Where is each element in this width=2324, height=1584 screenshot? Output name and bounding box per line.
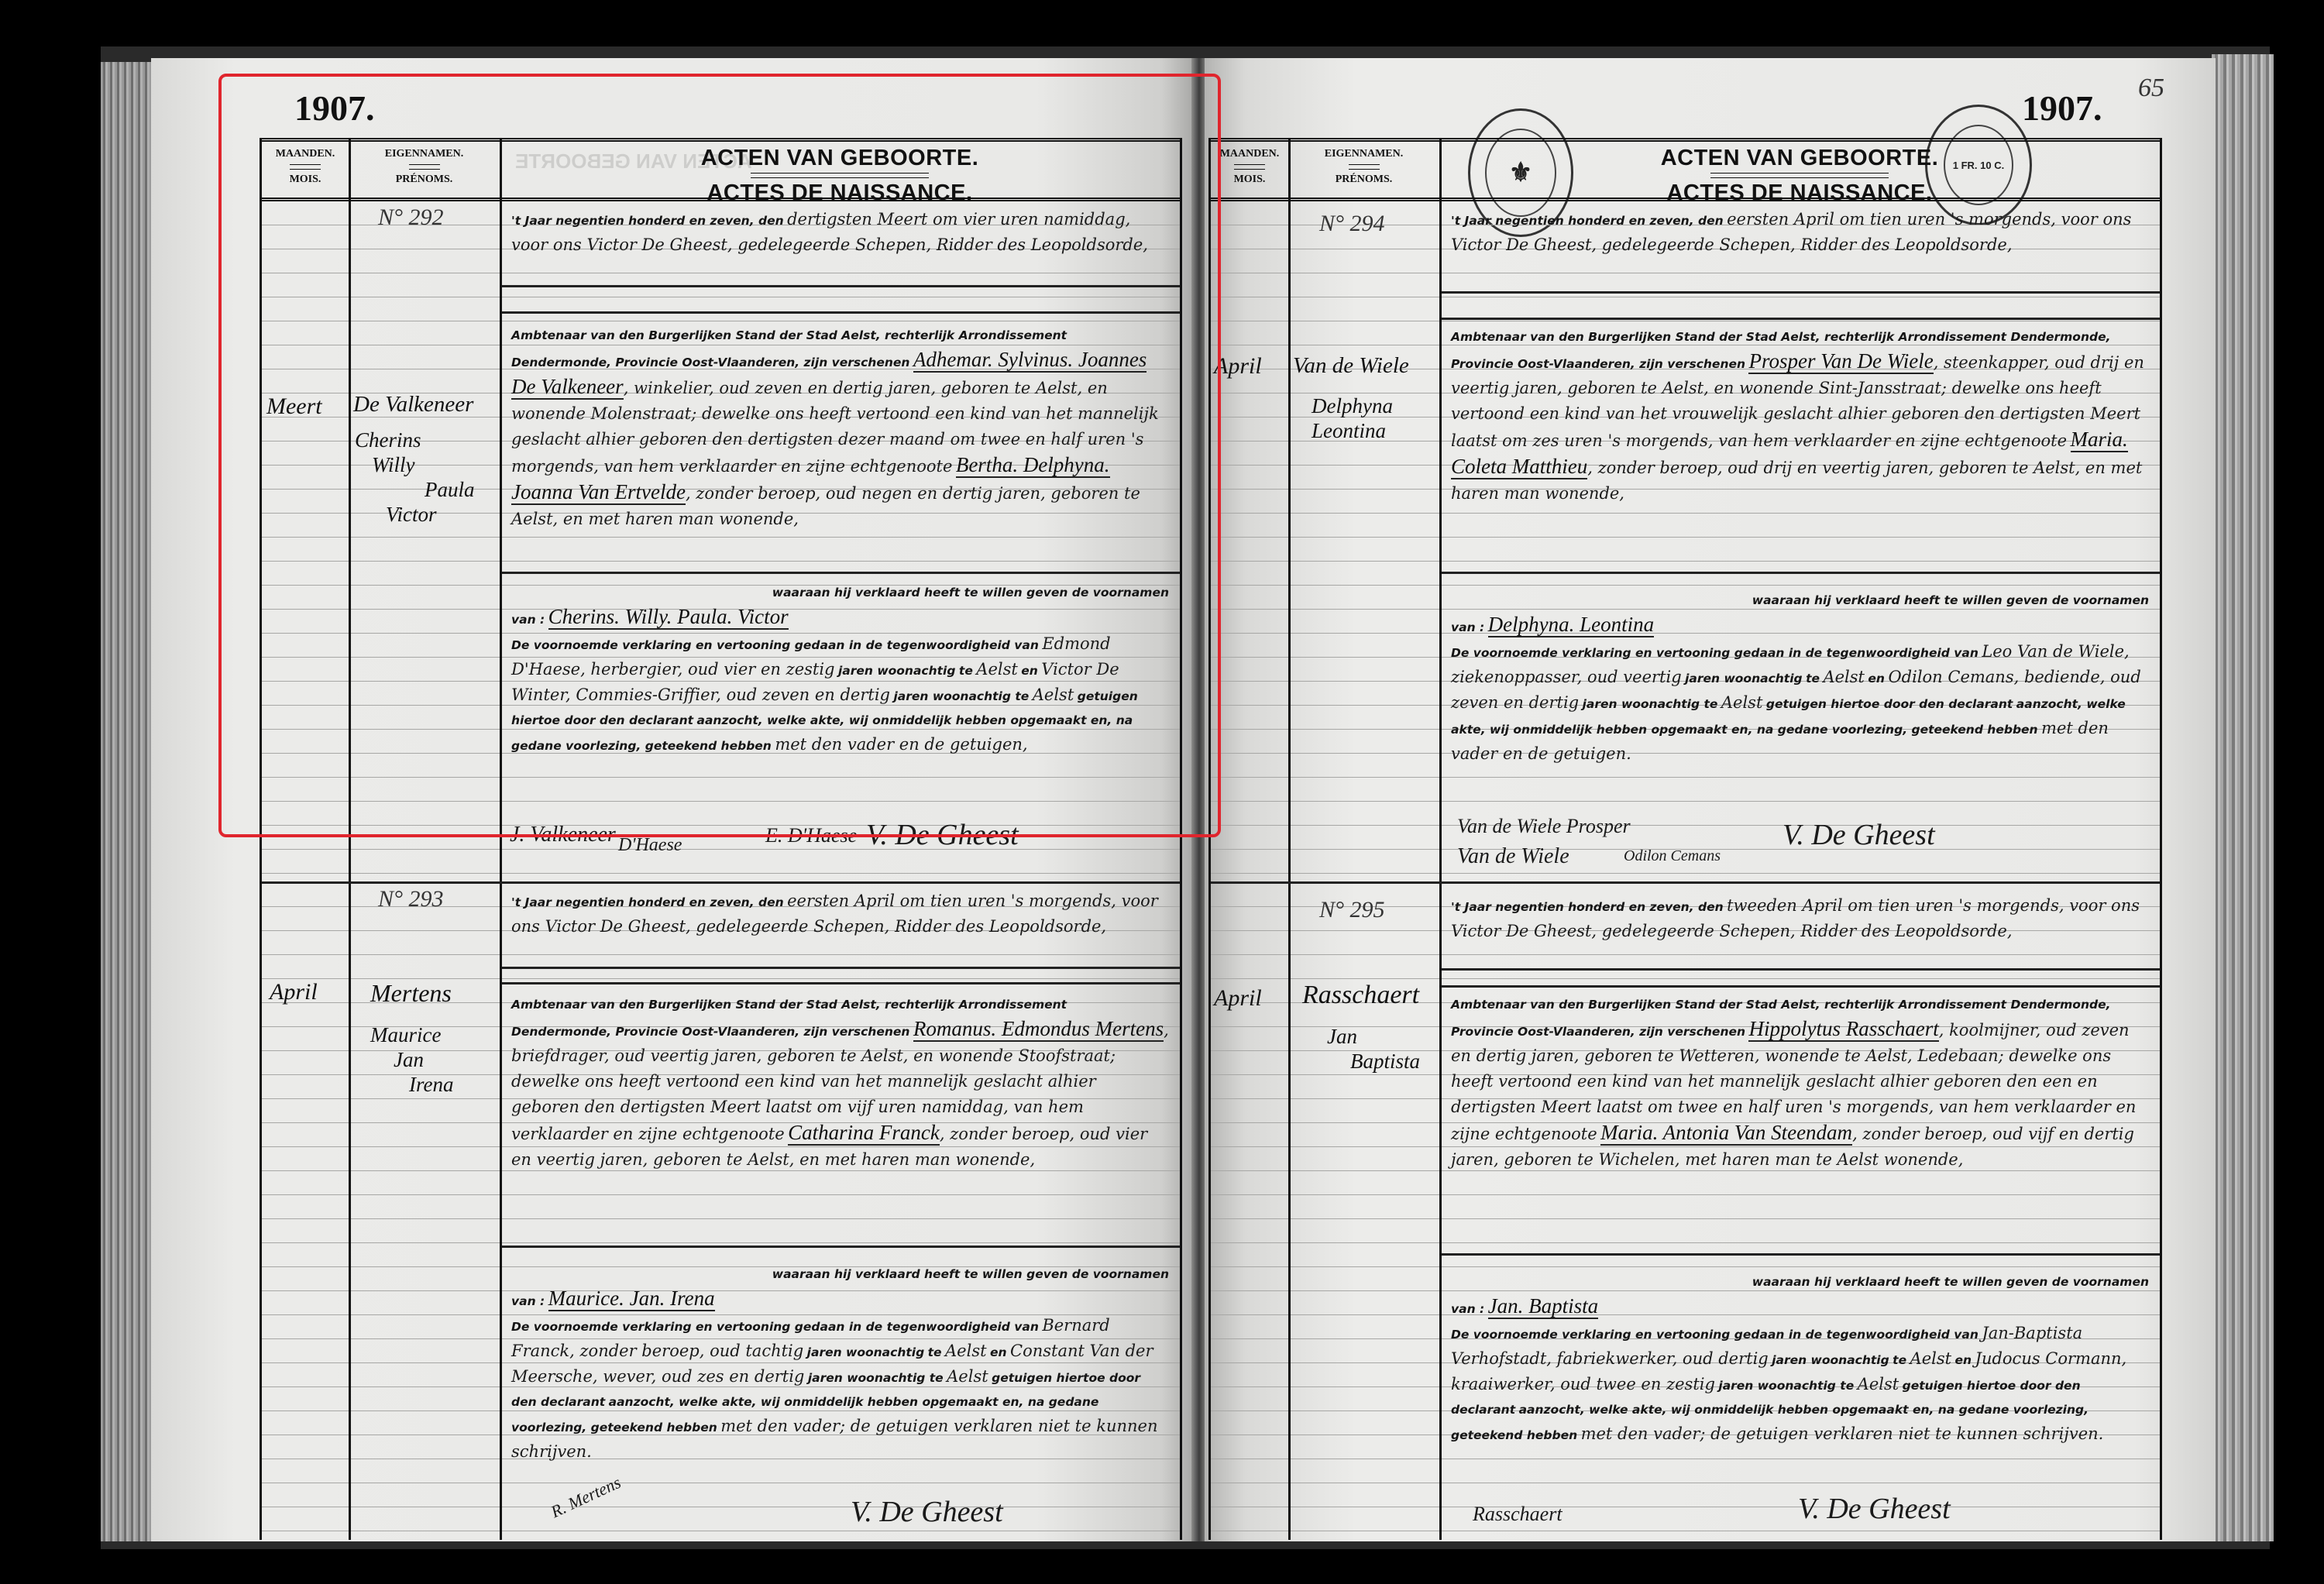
child-names: Maurice. Jan. Irena bbox=[548, 1287, 715, 1311]
printed-intro: 't Jaar negentien honderd en zeven, den bbox=[1451, 900, 1724, 914]
entry-text: 't Jaar negentien honderd en zeven, den … bbox=[1442, 883, 2160, 1541]
given-name-3: Irena bbox=[370, 1072, 453, 1097]
declarant-paragraph: Ambtenaar van den Burgerlijken Stand der… bbox=[511, 993, 1169, 1173]
signature-father: Van de Wiele Prosper bbox=[1457, 815, 1631, 838]
intro-paragraph: 't Jaar negentien honderd en zeven, den … bbox=[1451, 894, 2149, 945]
given-name-2: Baptista bbox=[1327, 1049, 1420, 1074]
year-heading: 1907. bbox=[2022, 88, 2102, 129]
birth-entry-293: N° 293 April Mertens Maurice Jan Irena '… bbox=[262, 883, 1180, 1541]
signature-official: V. De Gheest bbox=[851, 1495, 1003, 1529]
witness-1-town: Aelst bbox=[945, 1342, 987, 1360]
witness-1-town: Aelst bbox=[1910, 1349, 1952, 1368]
naming-paragraph: waaraan hij verklaard heeft te willen ge… bbox=[1451, 589, 2149, 768]
entry-month: April bbox=[1214, 985, 1262, 1012]
printed-te: te bbox=[1893, 1353, 1906, 1367]
child-names: Delphyna. Leontina bbox=[1488, 613, 1654, 637]
intro-paragraph: 't Jaar negentien honderd en zeven, den … bbox=[511, 889, 1169, 940]
given-name-2: Leontina bbox=[1312, 418, 1393, 443]
witness-2-town: Aelst bbox=[1858, 1375, 1899, 1393]
declarant-name: Hippolytus Rasschaert bbox=[1748, 1017, 1938, 1042]
page-number: 65 bbox=[2138, 74, 2164, 103]
page-stack-right bbox=[2212, 54, 2274, 1541]
printed-intro: 't Jaar negentien honderd en zeven, den bbox=[511, 895, 784, 909]
intro-paragraph: 't Jaar negentien honderd en zeven, den … bbox=[1451, 208, 2149, 259]
declarant-paragraph: Ambtenaar van den Burgerlijken Stand der… bbox=[1451, 325, 2149, 507]
signature-witness: D'Haese bbox=[618, 835, 682, 856]
printed-resident-te: jaren woonachtig te bbox=[1718, 1379, 1854, 1393]
declarant-paragraph: Ambtenaar van den Burgerlijken Stand der… bbox=[1451, 993, 2149, 1173]
given-name-1: Jan bbox=[1327, 1024, 1420, 1049]
child-names: Jan. Baptista bbox=[1488, 1294, 1599, 1319]
given-name-2: Jan bbox=[370, 1047, 453, 1072]
witness-2-town: Aelst bbox=[947, 1367, 988, 1386]
signature-father: Rasschaert bbox=[1473, 1503, 1563, 1526]
printed-declared: waaraan hij verklaard heeft te willen ge… bbox=[772, 1267, 1169, 1281]
header-months-nl: MAANDEN. bbox=[1220, 148, 1280, 160]
entry-surname: Mertens bbox=[370, 979, 452, 1008]
entry-surname: Rasschaert bbox=[1302, 981, 1419, 1010]
naming-paragraph: waaraan hij verklaard heeft te willen ge… bbox=[1451, 1270, 2149, 1448]
given-names: Delphyna Leontina bbox=[1312, 393, 1393, 443]
printed-van: van : bbox=[1451, 1302, 1484, 1316]
printed-intro: 't Jaar negentien honderd en zeven, den bbox=[1451, 214, 1724, 228]
naming-paragraph: waaraan hij verklaard heeft te willen ge… bbox=[511, 1263, 1169, 1465]
printed-declared: waaraan hij verklaard heeft te willen ge… bbox=[1752, 1275, 2149, 1289]
printed-te: te bbox=[1806, 672, 1820, 685]
signatures: Rasschaert V. De Gheest bbox=[1442, 1472, 2160, 1541]
printed-en: en bbox=[1955, 1353, 1972, 1367]
printed-resident: jaren woonachtig bbox=[807, 1345, 925, 1359]
entry-number: N° 294 bbox=[1319, 211, 1385, 237]
printed-te: te bbox=[928, 1345, 942, 1359]
header-names-fr: PRÉNOMS. bbox=[1336, 174, 1393, 185]
signature-witness-2: Odilon Cemans bbox=[1624, 847, 1721, 865]
declarant-name: Prosper Van De Wiele bbox=[1748, 349, 1933, 374]
printed-declared: waaraan hij verklaard heeft te willen ge… bbox=[1752, 593, 2149, 607]
printed-presence: De voornoemde verklaring en vertooning g… bbox=[1451, 646, 1978, 660]
header-names: EIGENNAMEN. PRÉNOMS. bbox=[1288, 148, 1439, 186]
entry-number: N° 293 bbox=[378, 886, 444, 912]
signatures: Van de Wiele Prosper Van de Wiele Odilon… bbox=[1442, 813, 2160, 883]
entry-month: April bbox=[1214, 353, 1262, 380]
birth-entry-294: N° 294 April Van de Wiele Delphyna Leont… bbox=[1211, 201, 2160, 883]
printed-resident-te: jaren woonachtig te bbox=[1583, 697, 1718, 711]
table-header: MAANDEN. MOIS. EIGENNAMEN. PRÉNOMS. ACTE… bbox=[1211, 138, 2160, 201]
birth-entry-295: N° 295 April Rasschaert Jan Baptista 't … bbox=[1211, 883, 2160, 1541]
entry-text: 't Jaar negentien honderd en zeven, den … bbox=[502, 883, 1180, 1541]
witness-1-town: Aelst bbox=[1823, 668, 1865, 686]
header-months: MAANDEN. MOIS. bbox=[1211, 148, 1288, 186]
header-title: ACTEN VAN GEBOORTE. ACTES DE NAISSANCE. bbox=[1439, 142, 2160, 198]
handwritten-closing: met den vader; de getuigen verklaren nie… bbox=[1581, 1424, 2104, 1443]
selection-highlight-box bbox=[218, 74, 1221, 837]
right-page: 1907. 65 ⚜ 1 FR. 10 C. MAANDEN. MOIS. EI… bbox=[1205, 58, 2216, 1541]
given-names: Jan Baptista bbox=[1327, 1024, 1420, 1074]
entry-month: April bbox=[270, 979, 318, 1005]
declarant-name: Romanus. Edmondus Mertens bbox=[913, 1017, 1164, 1042]
printed-resident: jaren woonachtig bbox=[1772, 1353, 1889, 1367]
printed-presence: De voornoemde verklaring en vertooning g… bbox=[1451, 1328, 1978, 1342]
entry-number: N° 295 bbox=[1319, 897, 1385, 923]
printed-en: en bbox=[990, 1345, 1007, 1359]
entry-text: 't Jaar negentien honderd en zeven, den … bbox=[1442, 201, 2160, 883]
printed-resident: jaren woonachtig bbox=[1685, 672, 1803, 685]
printed-van: van : bbox=[511, 1294, 545, 1308]
printed-witnesses: getuigen hiertoe door den declarant bbox=[1766, 697, 2013, 711]
entry-surname: Van de Wiele bbox=[1293, 353, 1409, 379]
printed-en: en bbox=[1868, 672, 1885, 685]
mother-name: Maria. Antonia Van Steendam bbox=[1600, 1121, 1852, 1146]
given-name-1: Maurice bbox=[370, 1022, 453, 1047]
header-names-nl: EIGENNAMEN. bbox=[1325, 148, 1404, 160]
printed-resident-te: jaren woonachtig te bbox=[808, 1371, 944, 1385]
signature-father: R. Mertens bbox=[548, 1472, 624, 1522]
signature-witness-1: Van de Wiele bbox=[1457, 844, 1569, 869]
printed-presence: De voornoemde verklaring en vertooning g… bbox=[511, 1320, 1039, 1334]
printed-van: van : bbox=[1451, 620, 1484, 634]
mother-name: Catharina Franck bbox=[788, 1121, 940, 1146]
signature-official: V. De Gheest bbox=[1783, 818, 1935, 852]
signature-official: V. De Gheest bbox=[1798, 1492, 1951, 1526]
title-dutch: ACTEN VAN GEBOORTE. bbox=[1661, 146, 1939, 170]
signatures: R. Mertens V. De Gheest bbox=[502, 1472, 1180, 1541]
register-table-right: MAANDEN. MOIS. EIGENNAMEN. PRÉNOMS. ACTE… bbox=[1208, 138, 2162, 1540]
witness-2-town: Aelst bbox=[1721, 693, 1763, 712]
given-name-1: Delphyna bbox=[1312, 393, 1393, 418]
given-names: Maurice Jan Irena bbox=[370, 1022, 453, 1097]
header-months-fr: MOIS. bbox=[1234, 174, 1266, 185]
